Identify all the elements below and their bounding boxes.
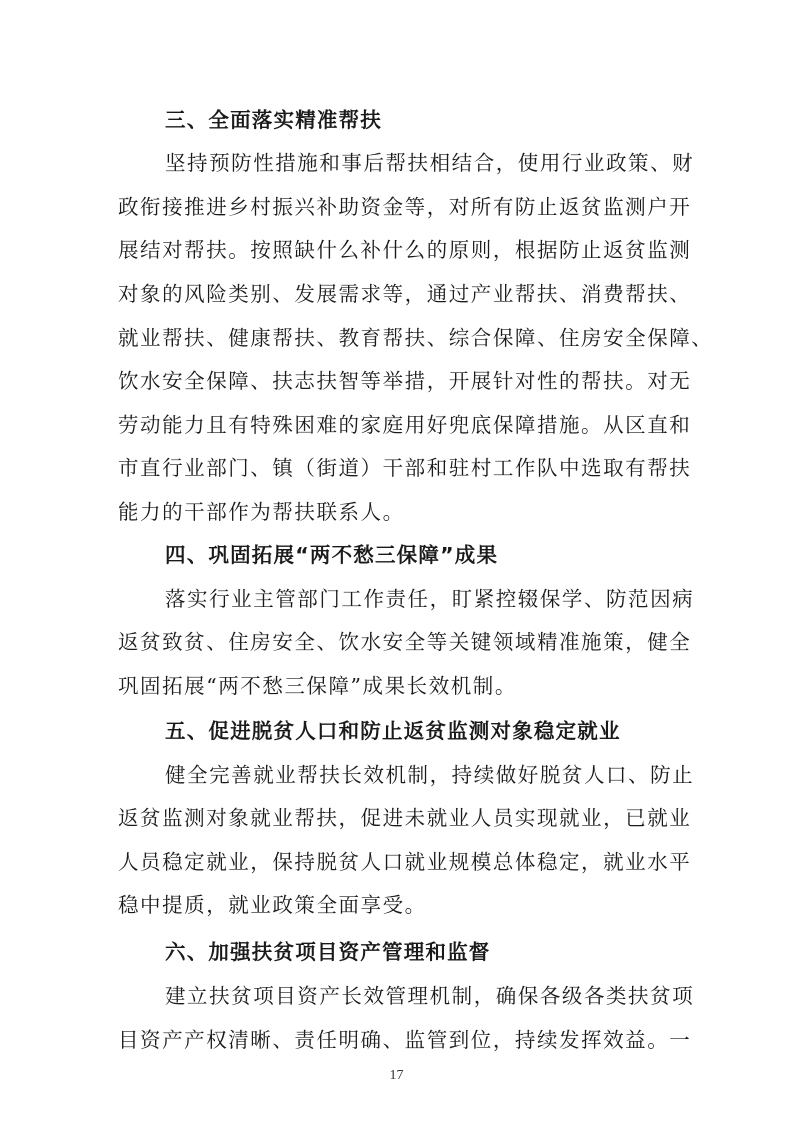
section-heading-4: 四、巩固拓展“两不愁三保障”成果 [165,533,498,577]
paragraph-line: 能力的干部作为帮扶联系人。 [118,490,678,534]
page-number: 17 [0,1068,793,1084]
paragraph-line: 劳动能力且有特殊困难的家庭用好兜底保障措施。从区直和 [118,403,678,447]
paragraph-line: 就业帮扶、健康帮扶、教育帮扶、综合保障、住房安全保障、 [118,316,678,360]
paragraph-line: 稳中提质，就业政策全面享受。 [118,883,678,927]
paragraph-line: 落实行业主管部门工作责任，盯紧控辍保学、防范因病 [165,577,678,621]
section-heading-5: 五、促进脱贫人口和防止返贫监测对象稳定就业 [165,709,621,753]
paragraph-line: 坚持预防性措施和事后帮扶相结合，使用行业政策、财 [165,141,678,185]
paragraph-line: 返贫致贫、住房安全、饮水安全等关键领域精准施策，健全 [118,620,678,664]
paragraph-line: 政衔接推进乡村振兴补助资金等，对所有防止返贫监测户开 [118,185,678,229]
paragraph-line: 对象的风险类别、发展需求等，通过产业帮扶、消费帮扶、 [118,272,678,316]
paragraph-line: 市直行业部门、镇（街道）干部和驻村工作队中选取有帮扶 [118,446,678,490]
section-heading-6: 六、加强扶贫项目资产管理和监督 [165,930,491,974]
paragraph-line: 健全完善就业帮扶长效机制，持续做好脱贫人口、防止 [165,753,678,797]
paragraph-line: 巩固拓展“两不愁三保障”成果长效机制。 [118,664,678,708]
paragraph-line: 人员稳定就业，保持脱贫人口就业规模总体稳定，就业水平 [118,840,678,884]
paragraph-line: 展结对帮扶。按照缺什么补什么的原则，根据防止返贫监测 [118,228,678,272]
document-page: 三、全面落实精准帮扶 坚持预防性措施和事后帮扶相结合，使用行业政策、财 政衔接推… [0,0,793,1122]
paragraph-line: 目资产产权清晰、责任明确、监管到位，持续发挥效益。一 [118,1018,678,1062]
section-heading-3: 三、全面落实精准帮扶 [165,98,382,142]
paragraph-line: 建立扶贫项目资产长效管理机制，确保各级各类扶贫项 [165,974,678,1018]
paragraph-line: 返贫监测对象就业帮扶，促进未就业人员实现就业，已就业 [118,796,678,840]
paragraph-line: 饮水安全保障、扶志扶智等举措，开展针对性的帮扶。对无 [118,359,678,403]
